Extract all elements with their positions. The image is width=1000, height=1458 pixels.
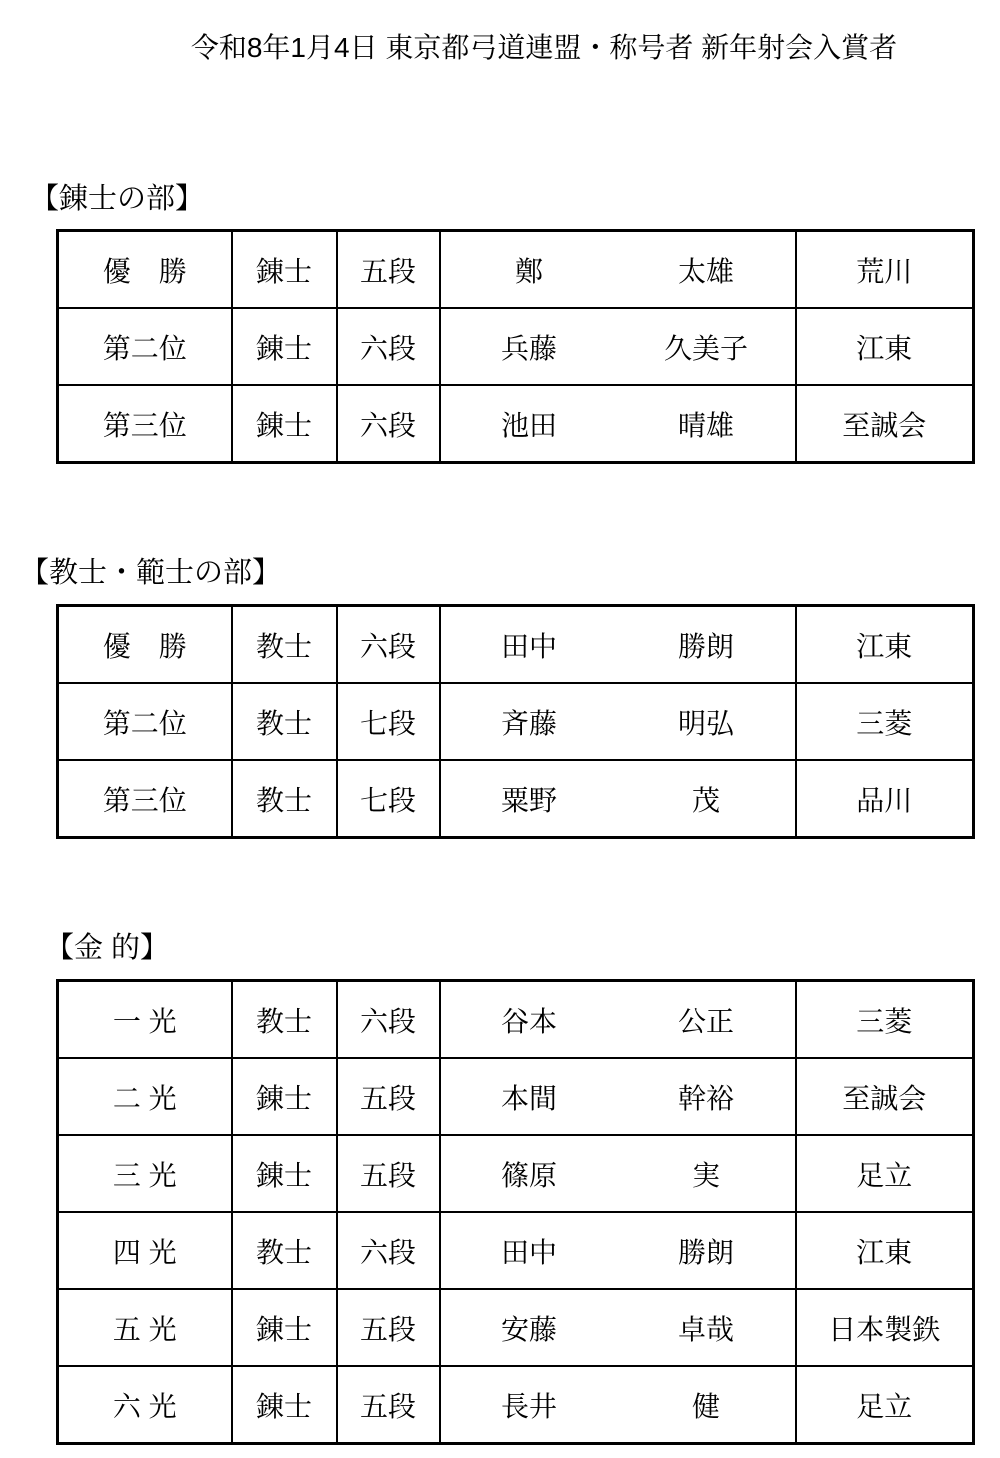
rank-cell: 第三位 [58, 760, 232, 838]
name-cell: 本間幹裕 [440, 1058, 796, 1135]
table-row: 第二位 教士 七段 斉藤明弘 三菱 [58, 683, 974, 760]
rank-cell: 一 光 [58, 981, 232, 1059]
surname: 田中 [441, 1231, 618, 1271]
name-cell: 田中勝朗 [440, 1212, 796, 1289]
given-name: 幹裕 [618, 1077, 795, 1117]
section-heading-kinteki: 【金 的】 [45, 925, 169, 966]
dan-cell: 五段 [337, 1366, 440, 1444]
title-cell: 錬士 [232, 385, 337, 463]
rank-cell: 第三位 [58, 385, 232, 463]
rank-cell: 六 光 [58, 1366, 232, 1444]
surname: 篠原 [441, 1154, 618, 1194]
given-name: 健 [618, 1385, 795, 1425]
given-name: 勝朗 [618, 625, 795, 665]
section-heading-kyoshi-hanshi: 【教士・範士の部】 [20, 550, 281, 591]
table-row: 五 光 錬士 五段 安藤卓哉 日本製鉄 [58, 1289, 974, 1366]
name-cell: 池田晴雄 [440, 385, 796, 463]
name-cell: 斉藤明弘 [440, 683, 796, 760]
renshi-results-table: 優 勝 錬士 五段 鄭太雄 荒川 第二位 錬士 六段 兵藤久美子 江東 第三位 … [56, 229, 975, 464]
club-cell: 江東 [796, 1212, 974, 1289]
table-row: 第三位 教士 七段 粟野茂 品川 [58, 760, 974, 838]
table-row: 六 光 錬士 五段 長井健 足立 [58, 1366, 974, 1444]
table-row: 三 光 錬士 五段 篠原実 足立 [58, 1135, 974, 1212]
kinteki-results-table: 一 光 教士 六段 谷本公正 三菱 二 光 錬士 五段 本間幹裕 至誠会 三 光… [56, 979, 975, 1445]
table-row: 四 光 教士 六段 田中勝朗 江東 [58, 1212, 974, 1289]
dan-cell: 六段 [337, 385, 440, 463]
title-cell: 教士 [232, 1212, 337, 1289]
table-row: 一 光 教士 六段 谷本公正 三菱 [58, 981, 974, 1059]
given-name: 実 [618, 1154, 795, 1194]
club-cell: 三菱 [796, 981, 974, 1059]
dan-cell: 六段 [337, 981, 440, 1059]
title-cell: 錬士 [232, 1135, 337, 1212]
surname: 兵藤 [441, 327, 618, 367]
dan-cell: 五段 [337, 231, 440, 309]
table-row: 第二位 錬士 六段 兵藤久美子 江東 [58, 308, 974, 385]
dan-cell: 七段 [337, 760, 440, 838]
surname: 田中 [441, 625, 618, 665]
surname: 本間 [441, 1077, 618, 1117]
dan-cell: 五段 [337, 1289, 440, 1366]
dan-cell: 六段 [337, 606, 440, 684]
title-cell: 教士 [232, 981, 337, 1059]
club-cell: 至誠会 [796, 1058, 974, 1135]
club-cell: 三菱 [796, 683, 974, 760]
rank-cell: 二 光 [58, 1058, 232, 1135]
rank-cell: 優 勝 [58, 231, 232, 309]
surname: 長井 [441, 1385, 618, 1425]
given-name: 公正 [618, 1000, 795, 1040]
kyoshi-hanshi-results-table: 優 勝 教士 六段 田中勝朗 江東 第二位 教士 七段 斉藤明弘 三菱 第三位 … [56, 604, 975, 839]
page-title: 令和8年1月4日 東京都弓道連盟・称号者 新年射会入賞者 [0, 26, 1000, 66]
given-name: 明弘 [618, 702, 795, 742]
table-row: 二 光 錬士 五段 本間幹裕 至誠会 [58, 1058, 974, 1135]
surname: 池田 [441, 404, 618, 444]
rank-cell: 第二位 [58, 683, 232, 760]
name-cell: 篠原実 [440, 1135, 796, 1212]
table-row: 優 勝 錬士 五段 鄭太雄 荒川 [58, 231, 974, 309]
rank-cell: 第二位 [58, 308, 232, 385]
rank-cell: 四 光 [58, 1212, 232, 1289]
given-name: 晴雄 [618, 404, 795, 444]
surname: 谷本 [441, 1000, 618, 1040]
rank-cell: 優 勝 [58, 606, 232, 684]
dan-cell: 七段 [337, 683, 440, 760]
name-cell: 兵藤久美子 [440, 308, 796, 385]
title-cell: 錬士 [232, 1058, 337, 1135]
title-cell: 教士 [232, 760, 337, 838]
club-cell: 至誠会 [796, 385, 974, 463]
surname: 安藤 [441, 1308, 618, 1348]
surname: 粟野 [441, 779, 618, 819]
title-cell: 錬士 [232, 231, 337, 309]
rank-cell: 三 光 [58, 1135, 232, 1212]
name-cell: 長井健 [440, 1366, 796, 1444]
title-cell: 教士 [232, 683, 337, 760]
dan-cell: 五段 [337, 1058, 440, 1135]
club-cell: 荒川 [796, 231, 974, 309]
surname: 鄭 [441, 250, 618, 290]
club-cell: 日本製鉄 [796, 1289, 974, 1366]
title-cell: 錬士 [232, 1366, 337, 1444]
club-cell: 足立 [796, 1366, 974, 1444]
rank-cell: 五 光 [58, 1289, 232, 1366]
club-cell: 江東 [796, 308, 974, 385]
given-name: 卓哉 [618, 1308, 795, 1348]
surname: 斉藤 [441, 702, 618, 742]
given-name: 勝朗 [618, 1231, 795, 1271]
table-row: 優 勝 教士 六段 田中勝朗 江東 [58, 606, 974, 684]
name-cell: 鄭太雄 [440, 231, 796, 309]
name-cell: 粟野茂 [440, 760, 796, 838]
title-cell: 錬士 [232, 308, 337, 385]
table-row: 第三位 錬士 六段 池田晴雄 至誠会 [58, 385, 974, 463]
title-cell: 錬士 [232, 1289, 337, 1366]
title-cell: 教士 [232, 606, 337, 684]
given-name: 太雄 [618, 250, 795, 290]
club-cell: 足立 [796, 1135, 974, 1212]
name-cell: 谷本公正 [440, 981, 796, 1059]
club-cell: 品川 [796, 760, 974, 838]
club-cell: 江東 [796, 606, 974, 684]
dan-cell: 五段 [337, 1135, 440, 1212]
name-cell: 安藤卓哉 [440, 1289, 796, 1366]
name-cell: 田中勝朗 [440, 606, 796, 684]
given-name: 茂 [618, 779, 795, 819]
dan-cell: 六段 [337, 1212, 440, 1289]
dan-cell: 六段 [337, 308, 440, 385]
section-heading-renshi: 【錬士の部】 [30, 176, 204, 217]
given-name: 久美子 [618, 327, 795, 367]
